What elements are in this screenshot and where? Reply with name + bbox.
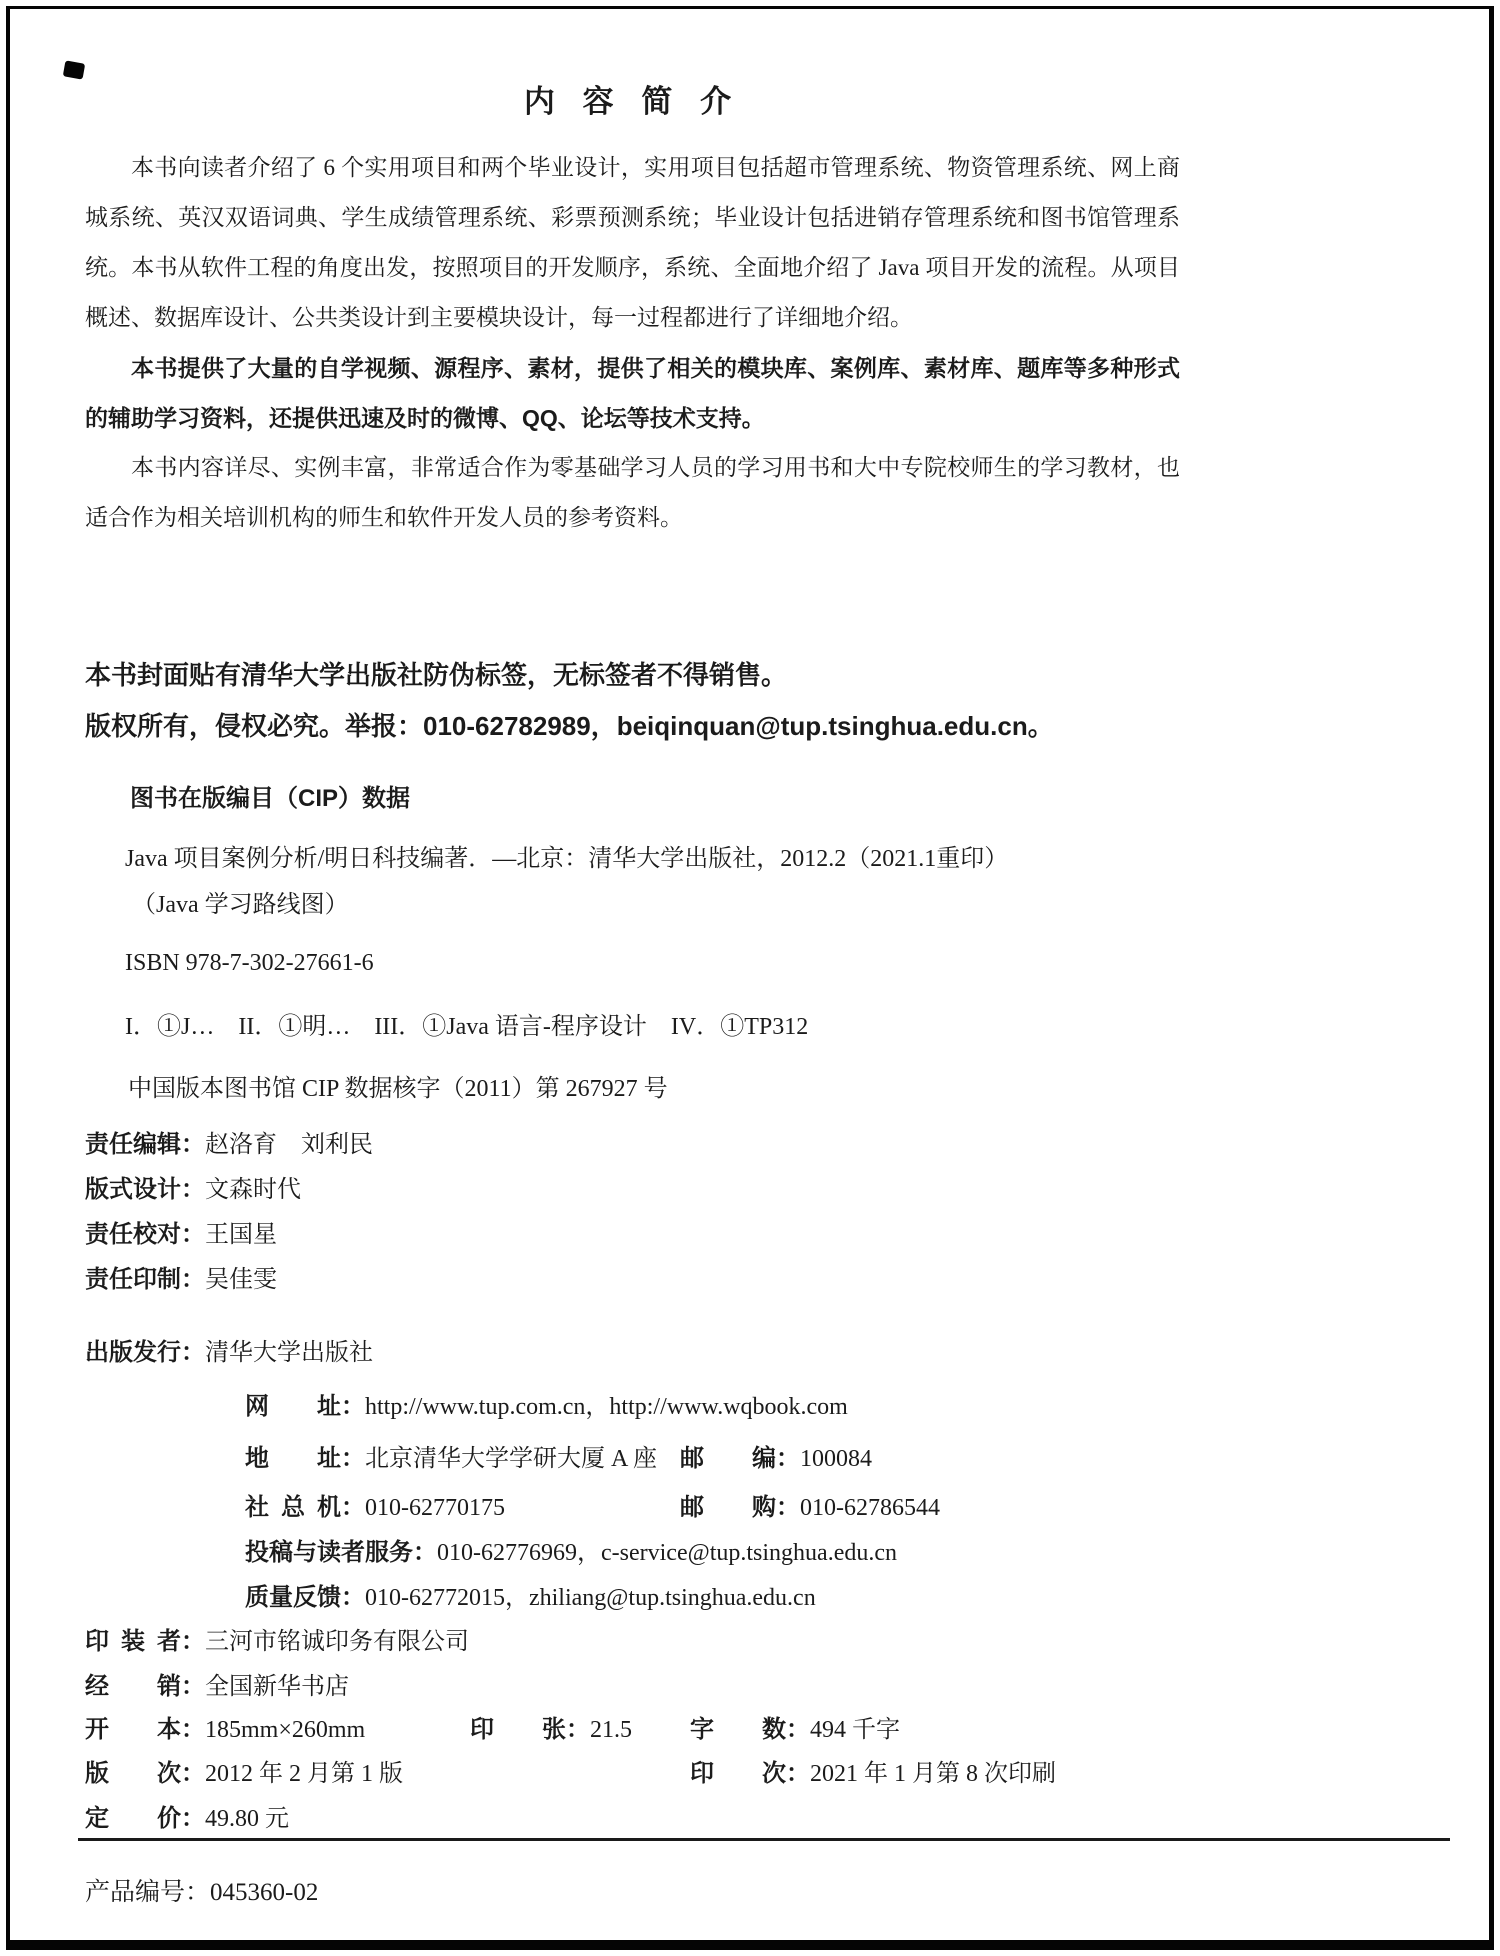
- edition-row: 版次2012 年 2 月第 1 版 印次2021 年 1 月第 8 次印刷: [85, 1753, 1465, 1788]
- switchboard-row: 社总机010-62770175 邮购010-62786544: [85, 1487, 1500, 1522]
- copyright-report-line: 版权所有，侵权必究。举报：010-62782989，beiqinquan@tup…: [85, 701, 1285, 752]
- quality-feedback-value: 010-62772015，zhiliang@tup.tsinghua.edu.c…: [365, 1585, 816, 1611]
- cip-series: （Java 学习路线图）: [132, 884, 349, 919]
- publisher-value: 清华大学出版社: [205, 1340, 373, 1366]
- staff-label: 责任编辑: [85, 1131, 181, 1158]
- zip-value: 100084: [800, 1446, 872, 1472]
- zip-label: 邮编: [680, 1438, 776, 1473]
- format-value: 185mm×260mm: [205, 1717, 365, 1743]
- quality-feedback-label: 质量反馈: [245, 1584, 341, 1611]
- staff-value: 吴佳雯: [205, 1266, 277, 1293]
- format-label: 开本: [85, 1709, 181, 1744]
- mailorder-value: 010-62786544: [800, 1495, 940, 1521]
- website-value: http://www.tup.com.cn，http://www.wqbook.…: [365, 1394, 848, 1420]
- reader-service-value: 010-62776969，c-service@tup.tsinghua.edu.…: [437, 1540, 897, 1566]
- sheets-value: 21.5: [590, 1717, 632, 1743]
- mailorder-segment: 邮购010-62786544: [680, 1487, 940, 1522]
- staff-value: 赵洛育 刘利民: [205, 1131, 373, 1158]
- page-title: 内 容 简 介: [85, 76, 1180, 121]
- cip-entry: Java 项目案例分析/明日科技编著．—北京：清华大学出版社，2012.2（20…: [125, 838, 1008, 873]
- cip-classification: I．①J… II．①明… III．①Java 语言-程序设计 IV．①TP312: [125, 1006, 808, 1041]
- impression-value: 2021 年 1 月第 8 次印刷: [810, 1761, 1056, 1787]
- intro-paragraph-1: 本书向读者介绍了 6 个实用项目和两个毕业设计，实用项目包括超市管理系统、物资管…: [85, 143, 1180, 343]
- printer-row: 印装者三河市铭诚印务有限公司: [85, 1621, 1465, 1656]
- price-value: 49.80 元: [205, 1806, 289, 1832]
- copyright-page: 内 容 简 介 本书向读者介绍了 6 个实用项目和两个毕业设计，实用项目包括超市…: [0, 0, 1500, 1956]
- publisher-row: 出版发行清华大学出版社: [85, 1332, 1465, 1367]
- product-code-row: 产品编号045360-02: [85, 1872, 318, 1908]
- address-label: 地址: [245, 1438, 341, 1473]
- staff-value: 文森时代: [205, 1176, 301, 1203]
- website-row: 网址http://www.tup.com.cn，http://www.wqboo…: [85, 1386, 1500, 1421]
- staff-row-design: 版式设计文森时代: [85, 1169, 301, 1204]
- address-row: 地址北京清华大学学研大厦 A 座 邮编100084: [85, 1438, 1500, 1473]
- price-label: 定价: [85, 1798, 181, 1833]
- staff-label: 责任校对: [85, 1221, 181, 1248]
- edition-label: 版次: [85, 1753, 181, 1788]
- sheets-segment: 印张21.5: [470, 1709, 632, 1744]
- switchboard-value: 010-62770175: [365, 1495, 505, 1521]
- impression-segment: 印次2021 年 1 月第 8 次印刷: [690, 1753, 1056, 1788]
- impression-label: 印次: [690, 1753, 786, 1788]
- publisher-label: 出版发行: [85, 1332, 181, 1367]
- product-code-value: 045360-02: [210, 1879, 318, 1906]
- staff-value: 王国星: [205, 1221, 277, 1248]
- ink-smudge-mark: [63, 60, 85, 79]
- intro-paragraph-2: 本书提供了大量的自学视频、源程序、素材，提供了相关的模块库、案例库、素材库、题库…: [85, 343, 1180, 443]
- website-label: 网址: [245, 1386, 341, 1421]
- divider-rule: [78, 1838, 1450, 1841]
- reader-service-row: 投稿与读者服务010-62776969，c-service@tup.tsingh…: [85, 1532, 1500, 1567]
- staff-row-editor: 责任编辑赵洛育 刘利民: [85, 1124, 373, 1159]
- format-row: 开本185mm×260mm 印张21.5 字数494 千字: [85, 1709, 1465, 1744]
- product-code-label: 产品编号: [85, 1878, 185, 1906]
- cip-header: 图书在版编目（CIP）数据: [130, 778, 410, 813]
- anti-piracy-line: 本书封面贴有清华大学出版社防伪标签，无标签者不得销售。: [85, 650, 1285, 701]
- printer-value: 三河市铭诚印务有限公司: [205, 1629, 469, 1655]
- address-value: 北京清华大学学研大厦 A 座: [365, 1446, 657, 1472]
- printer-label: 印装者: [85, 1621, 181, 1656]
- zip-segment: 邮编100084: [680, 1438, 872, 1473]
- staff-label: 责任印制: [85, 1266, 181, 1293]
- price-row: 定价49.80 元: [85, 1798, 1465, 1833]
- sheets-label: 印张: [470, 1709, 566, 1744]
- distributor-row: 经销全国新华书店: [85, 1666, 1465, 1701]
- mailorder-label: 邮购: [680, 1487, 776, 1522]
- reader-service-label: 投稿与读者服务: [245, 1539, 413, 1566]
- cip-record-number: 中国版本图书馆 CIP 数据核字（2011）第 267927 号: [128, 1068, 668, 1103]
- staff-row-proofreader: 责任校对王国星: [85, 1214, 277, 1249]
- quality-feedback-row: 质量反馈010-62772015，zhiliang@tup.tsinghua.e…: [85, 1577, 1500, 1612]
- edition-value: 2012 年 2 月第 1 版: [205, 1761, 403, 1787]
- anti-piracy-notice: 本书封面贴有清华大学出版社防伪标签，无标签者不得销售。 版权所有，侵权必究。举报…: [85, 650, 1285, 752]
- distributor-value: 全国新华书店: [205, 1674, 349, 1700]
- wordcount-value: 494 千字: [810, 1717, 900, 1743]
- isbn-line: ISBN 978-7-302-27661-6: [125, 950, 374, 977]
- staff-row-print-supervisor: 责任印制吴佳雯: [85, 1259, 277, 1294]
- distributor-label: 经销: [85, 1666, 181, 1701]
- wordcount-label: 字数: [690, 1709, 786, 1744]
- intro-paragraph-3: 本书内容详尽、实例丰富，非常适合作为零基础学习人员的学习用书和大中专院校师生的学…: [85, 443, 1180, 543]
- staff-label: 版式设计: [85, 1176, 181, 1203]
- wordcount-segment: 字数494 千字: [690, 1709, 900, 1744]
- switchboard-label: 社总机: [245, 1487, 341, 1522]
- intro-section: 本书向读者介绍了 6 个实用项目和两个毕业设计，实用项目包括超市管理系统、物资管…: [85, 143, 1180, 543]
